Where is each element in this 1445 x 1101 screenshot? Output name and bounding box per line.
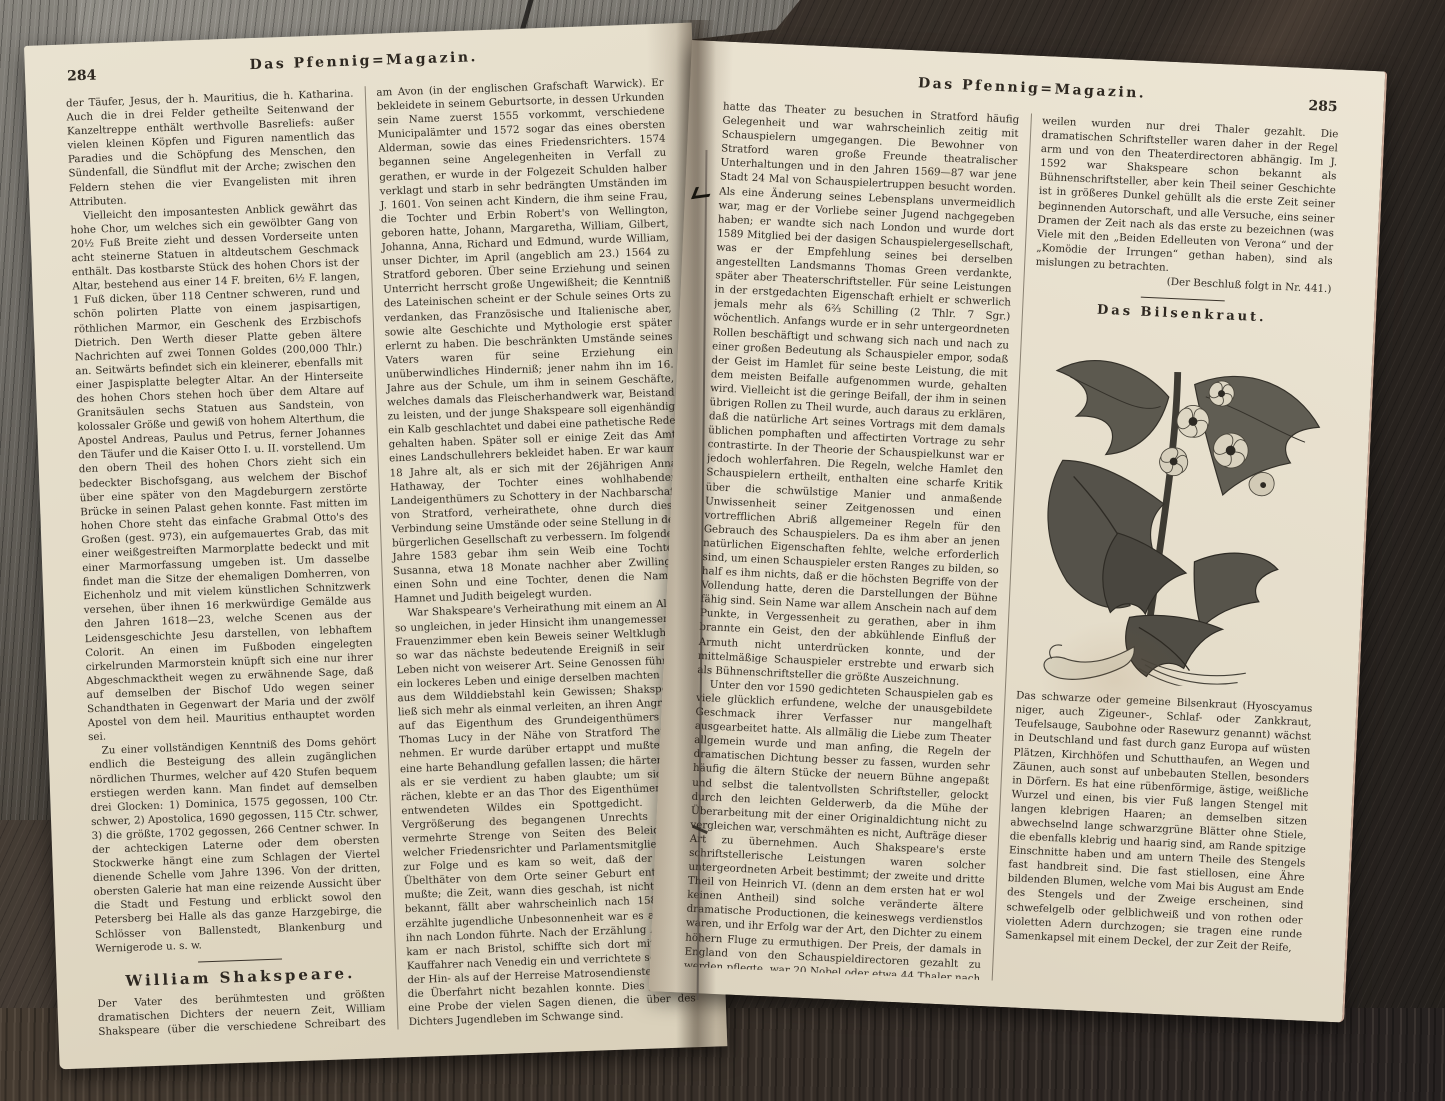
body-paragraph: Der Vater des berühmtesten und größten d… bbox=[97, 987, 386, 1040]
page-285[interactable]: Das Pfennig=Magazin. 285 hatte das Theat… bbox=[649, 40, 1387, 1023]
page-number-284: 284 bbox=[67, 67, 97, 84]
body-paragraph: Das schwarze oder gemeine Bilsenkraut (H… bbox=[1005, 689, 1313, 956]
body-paragraph: der Täufer, Jesus, der h. Mauritius, die… bbox=[66, 87, 357, 210]
body-paragraph: Vielleicht den imposantesten Anblick gew… bbox=[70, 199, 376, 744]
body-paragraph: hatte das Theater zu besuchen in Stratfo… bbox=[697, 99, 1019, 690]
spine-gutter-shadow bbox=[676, 20, 716, 1050]
body-paragraph: Unter den vor 1590 gedichteten Schauspie… bbox=[684, 677, 993, 980]
journal-title: Das Pfennig=Magazin. bbox=[249, 49, 478, 73]
plant-root bbox=[1043, 643, 1134, 682]
page-285-column-2: weilen wurden nur drei Thaler gezahlt. D… bbox=[991, 113, 1339, 994]
section-rule bbox=[198, 958, 282, 962]
body-paragraph: am Avon (in der englischen Grafschaft Wa… bbox=[376, 76, 682, 607]
section-rule bbox=[1141, 297, 1225, 302]
page-number-285: 285 bbox=[1308, 98, 1338, 115]
body-paragraph: weilen wurden nur drei Thaler gezahlt. D… bbox=[1035, 114, 1338, 282]
page-284-column-2: am Avon (in der englischen Grafschaft Wa… bbox=[364, 76, 696, 1030]
journal-title: Das Pfennig=Magazin. bbox=[918, 75, 1147, 101]
page-284[interactable]: 284 Das Pfennig=Magazin. der Täufer, Jes… bbox=[24, 23, 727, 1070]
article-heading-shakspeare: William Shakspeare. bbox=[96, 963, 384, 991]
bilsenkraut-illustration bbox=[1017, 321, 1339, 697]
body-paragraph: Zu einer vollständigen Kenntniß des Doms… bbox=[88, 734, 383, 955]
page-285-column-1: hatte das Theater zu besuchen in Stratfo… bbox=[684, 99, 1020, 980]
photo-scene: 284 Das Pfennig=Magazin. der Täufer, Jes… bbox=[0, 0, 1445, 1101]
page-284-column-1: der Täufer, Jesus, der h. Mauritius, die… bbox=[66, 87, 386, 1040]
